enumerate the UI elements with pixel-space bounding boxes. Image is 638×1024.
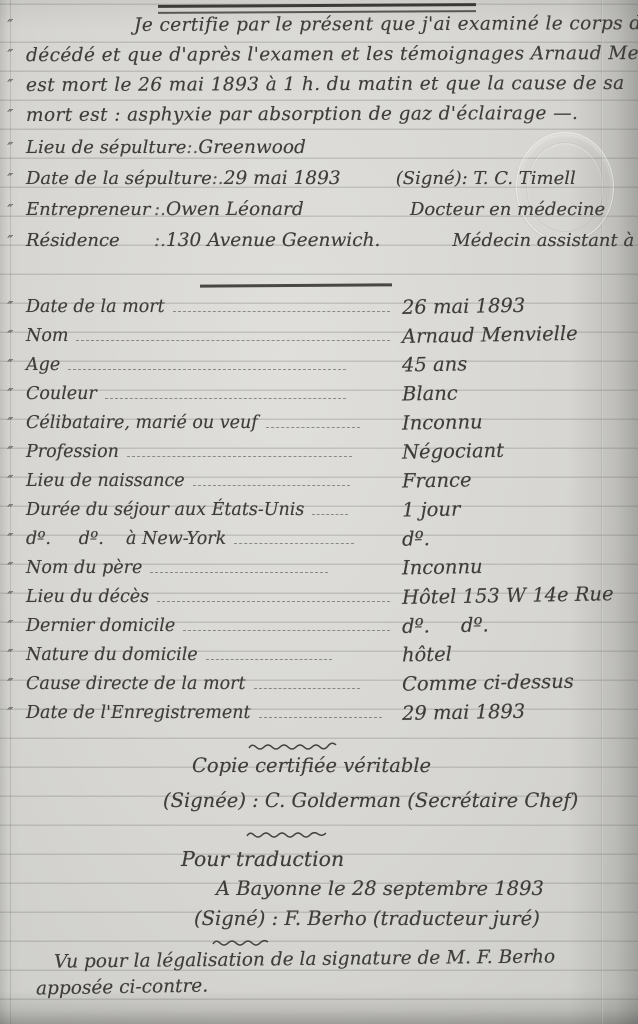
translator-signature-line: (Signé) : F. Berho (traducteur juré) (194, 907, 540, 930)
dotted-leader (234, 543, 354, 544)
field-label: Nom du père (26, 558, 142, 578)
death-certificate-translation-page: ″ Je certifie par le présent que j'ai ex… (0, 0, 638, 1024)
right-column-text: Docteur en médecine (338, 199, 632, 220)
field-label: Lieu de naissance (26, 471, 185, 491)
legalisation-line-1: Vu pour la légalisation de la signature … (54, 946, 555, 972)
field-label: Résidence (26, 230, 154, 251)
field-label: Nom (26, 326, 68, 346)
dotted-leader (68, 369, 346, 370)
squiggle-separator (248, 741, 338, 752)
field-value: 130 Avenue Geenwich. (166, 230, 380, 251)
field-value: Greenwood (198, 137, 370, 158)
field-value: Négociant (364, 437, 620, 464)
record-row: ″ Date de la mort 26 mai 1893 (6, 294, 620, 323)
record-row: ″ Célibataire, marié ou veuf Inconnu (6, 410, 620, 439)
field-label: Lieu de sépulture (26, 137, 186, 158)
field-label: Célibataire, marié ou veuf (26, 413, 258, 433)
paragraph-text: est mort le 26 mai 1893 à 1 h. du matin … (26, 73, 625, 96)
dotted-leader (173, 311, 390, 312)
field-label: Date de l'Enregistrement (26, 703, 251, 723)
field-label: Date de la mort (26, 297, 165, 317)
record-row: ″ Date de l'Enregistrement 29 mai 1893 (6, 700, 620, 729)
field-value: 26 mai 1893 (402, 292, 620, 319)
burial-row: ″ Entrepreneur :. Owen Léonard Docteur e… (6, 199, 632, 230)
dotted-leader (206, 659, 332, 660)
dotted-leader (259, 717, 382, 718)
squiggle-separator (212, 937, 274, 948)
squiggle-separator (246, 829, 330, 840)
dotted-leader (183, 630, 390, 631)
right-column-text: Médecin assistant à l'enquête (380, 230, 638, 251)
top-double-rule (158, 3, 476, 14)
field-value: Arnaud Menvielle (402, 321, 620, 348)
field-label: Date de la sépulture (26, 168, 212, 189)
paragraph-text: décédé et que d'après l'examen et les té… (26, 43, 638, 66)
field-label: Couleur (26, 384, 97, 404)
death-record-list: ″ Date de la mort 26 mai 1893 ″ Nom Arna… (6, 294, 620, 729)
paragraph-text: Je certifie par le présent que j'ai exam… (134, 13, 638, 36)
field-value: Owen Léonard (166, 199, 338, 220)
separator: :. (154, 199, 166, 220)
right-column-text: (Signé): T. C. Timell (396, 168, 632, 189)
field-value: Inconnu (372, 408, 620, 435)
field-label: Entrepreneur (26, 199, 154, 220)
field-label: Durée du séjour aux États-Unis (26, 500, 304, 520)
dotted-leader (76, 340, 390, 341)
field-label: dº. dº. à New-York (26, 529, 226, 549)
field-value: dº. (366, 524, 620, 551)
place-and-date-line: A Bayonne le 28 septembre 1893 (216, 877, 544, 900)
certified-copy-line: Copie certifiée véritable (192, 754, 431, 777)
record-row: ″ Age 45 ans (6, 352, 620, 381)
paragraph-line: ″ mort est : asphyxie par absorption de … (6, 104, 632, 134)
translation-heading: Pour traduction (181, 847, 344, 871)
field-label: Nature du domicile (26, 645, 198, 665)
dotted-leader (312, 514, 348, 515)
paragraph-text: mort est : asphyxie par absorption de ga… (26, 103, 578, 126)
record-row: ″ Lieu de naissance France (6, 468, 620, 497)
burial-row: ″ Lieu de sépulture :. Greenwood (6, 137, 632, 168)
separator: :. (212, 168, 224, 189)
field-label: Age (26, 355, 60, 375)
record-row: ″ Durée du séjour aux États-Unis 1 jour (6, 497, 620, 526)
record-row: ″ Couleur Blanc (6, 381, 620, 410)
field-label: Lieu du décès (26, 587, 149, 607)
copy-signature-line: (Signée) : C. Golderman (Secrétaire Chef… (163, 789, 578, 812)
record-row: ″ Dernier domicile dº. dº. (6, 613, 620, 642)
section-divider-rule (200, 283, 392, 287)
field-value: France (362, 466, 620, 493)
legalisation-line-2: apposée ci-contre. (36, 975, 209, 999)
record-row: ″ Nature du domicile hôtel (6, 642, 620, 671)
dotted-leader (254, 688, 360, 689)
separator: :. (186, 137, 198, 158)
field-value: Comme ci-dessus (372, 669, 620, 696)
paragraph-line: ″ est mort le 26 mai 1893 à 1 h. du mati… (6, 74, 632, 104)
record-row: ″ Profession Négociant (6, 439, 620, 468)
paragraph-line: ″ décédé et que d'après l'examen et les … (6, 44, 632, 74)
field-value: dº. dº. (402, 611, 620, 638)
separator: :. (154, 230, 166, 251)
field-value: Hôtel 153 W 14e Rue (402, 582, 620, 609)
dotted-leader (127, 456, 352, 457)
field-label: Cause directe de la mort (26, 674, 246, 694)
certification-paragraph: ″ Je certifie par le présent que j'ai ex… (6, 14, 632, 134)
field-value: 45 ans (358, 350, 620, 378)
field-value: hôtel (344, 640, 620, 668)
dotted-leader (157, 601, 390, 602)
record-row: ″ Cause directe de la mort Comme ci-dess… (6, 671, 620, 700)
burial-row: ″ Résidence :. 130 Avenue Geenwich. Méde… (6, 230, 632, 261)
burial-info-section: ″ Lieu de sépulture :. Greenwood ″ Date … (6, 137, 632, 261)
field-value: 1 jour (360, 495, 620, 523)
dotted-leader (193, 485, 350, 486)
field-value: Inconnu (340, 553, 620, 581)
field-label: Profession (26, 442, 119, 462)
field-value: Blanc (358, 379, 620, 407)
burial-row: ″ Date de la sépulture :. 29 mai 1893 (S… (6, 168, 632, 199)
field-label: Dernier domicile (26, 616, 175, 636)
dotted-leader (266, 427, 360, 428)
record-row: ″ dº. dº. à New-York dº. (6, 526, 620, 555)
field-value: 29 mai 1893 (394, 698, 620, 725)
ditto-mark: ″ (3, 16, 29, 34)
record-row: ″ Nom du père Inconnu (6, 555, 620, 584)
paragraph-line: ″ Je certifie par le présent que j'ai ex… (6, 14, 632, 44)
dotted-leader (105, 398, 346, 399)
field-value: 29 mai 1893 (224, 168, 396, 189)
record-row: ″ Nom Arnaud Menvielle (6, 323, 620, 352)
dotted-leader (150, 572, 328, 573)
record-row: ″ Lieu du décès Hôtel 153 W 14e Rue (6, 584, 620, 613)
